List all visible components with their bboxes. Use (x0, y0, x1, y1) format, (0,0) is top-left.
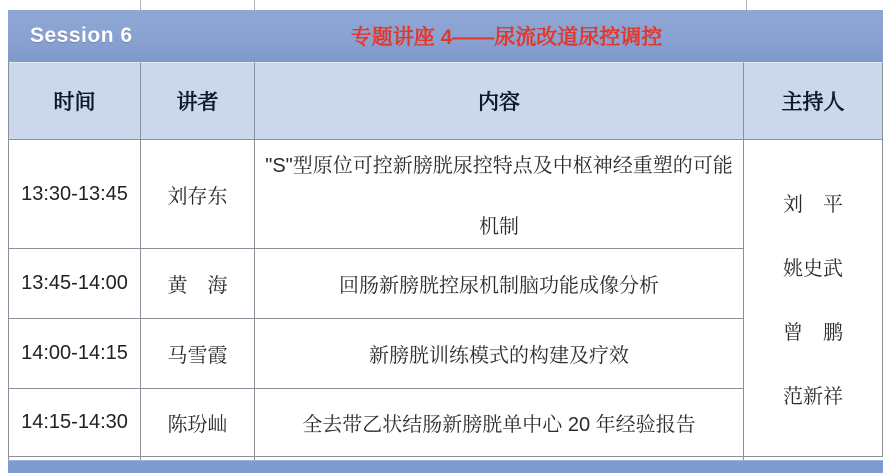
moderator-name: 曾 鹏 (783, 316, 843, 345)
moderators-cell: 刘 平 姚史武 曾 鹏 范新祥 (744, 140, 883, 457)
table-row-content: 全去带乙状结肠新膀胱单中心 20 年经验报告 (255, 389, 744, 457)
table-row-time: 13:45-14:00 (9, 249, 141, 319)
schedule-table: 时间 讲者 内容 主持人 13:30-13:45 刘存东 "S"型原位可控新膀胱… (8, 62, 883, 460)
column-header-time: 时间 (9, 62, 141, 140)
column-header-speaker: 讲者 (141, 62, 255, 140)
moderator-name: 姚史武 (783, 252, 843, 281)
table-row-time: 14:00-14:15 (9, 319, 141, 389)
column-header-moderator: 主持人 (744, 62, 883, 140)
table-row-speaker: 陈玢屾 (141, 389, 255, 457)
table-row-content: "S"型原位可控新膀胱尿控特点及中枢神经重塑的可能 机制 (255, 140, 744, 249)
moderator-name: 刘 平 (783, 188, 843, 217)
session-number: Session 6 (8, 24, 140, 48)
top-border-tick (140, 0, 141, 10)
column-header-content: 内容 (255, 62, 744, 140)
table-row-time: 14:15-14:30 (9, 389, 141, 457)
table-row-time: 13:30-13:45 (9, 140, 141, 249)
table-row-speaker: 马雪霞 (141, 319, 255, 389)
table-row-speaker: 黄 海 (141, 249, 255, 319)
content-line: "S"型原位可控新膀胱尿控特点及中枢神经重塑的可能 (265, 149, 733, 178)
content-line: 机制 (479, 210, 519, 239)
table-row-speaker: 刘存东 (141, 140, 255, 249)
table-row-content: 回肠新膀胱控尿机制脑功能成像分析 (255, 249, 744, 319)
bottom-divider-bar (8, 460, 883, 473)
conference-schedule-page: Session 6 专题讲座 4——尿流改道尿控调控 时间 讲者 内容 主持人 … (0, 0, 893, 473)
moderator-name: 范新祥 (783, 380, 843, 409)
top-border-tick (746, 0, 747, 10)
session-header-bar: Session 6 专题讲座 4——尿流改道尿控调控 (8, 10, 883, 62)
top-border-tick (254, 0, 255, 10)
session-title: 专题讲座 4——尿流改道尿控调控 (140, 21, 883, 51)
table-row-content: 新膀胱训练模式的构建及疗效 (255, 319, 744, 389)
